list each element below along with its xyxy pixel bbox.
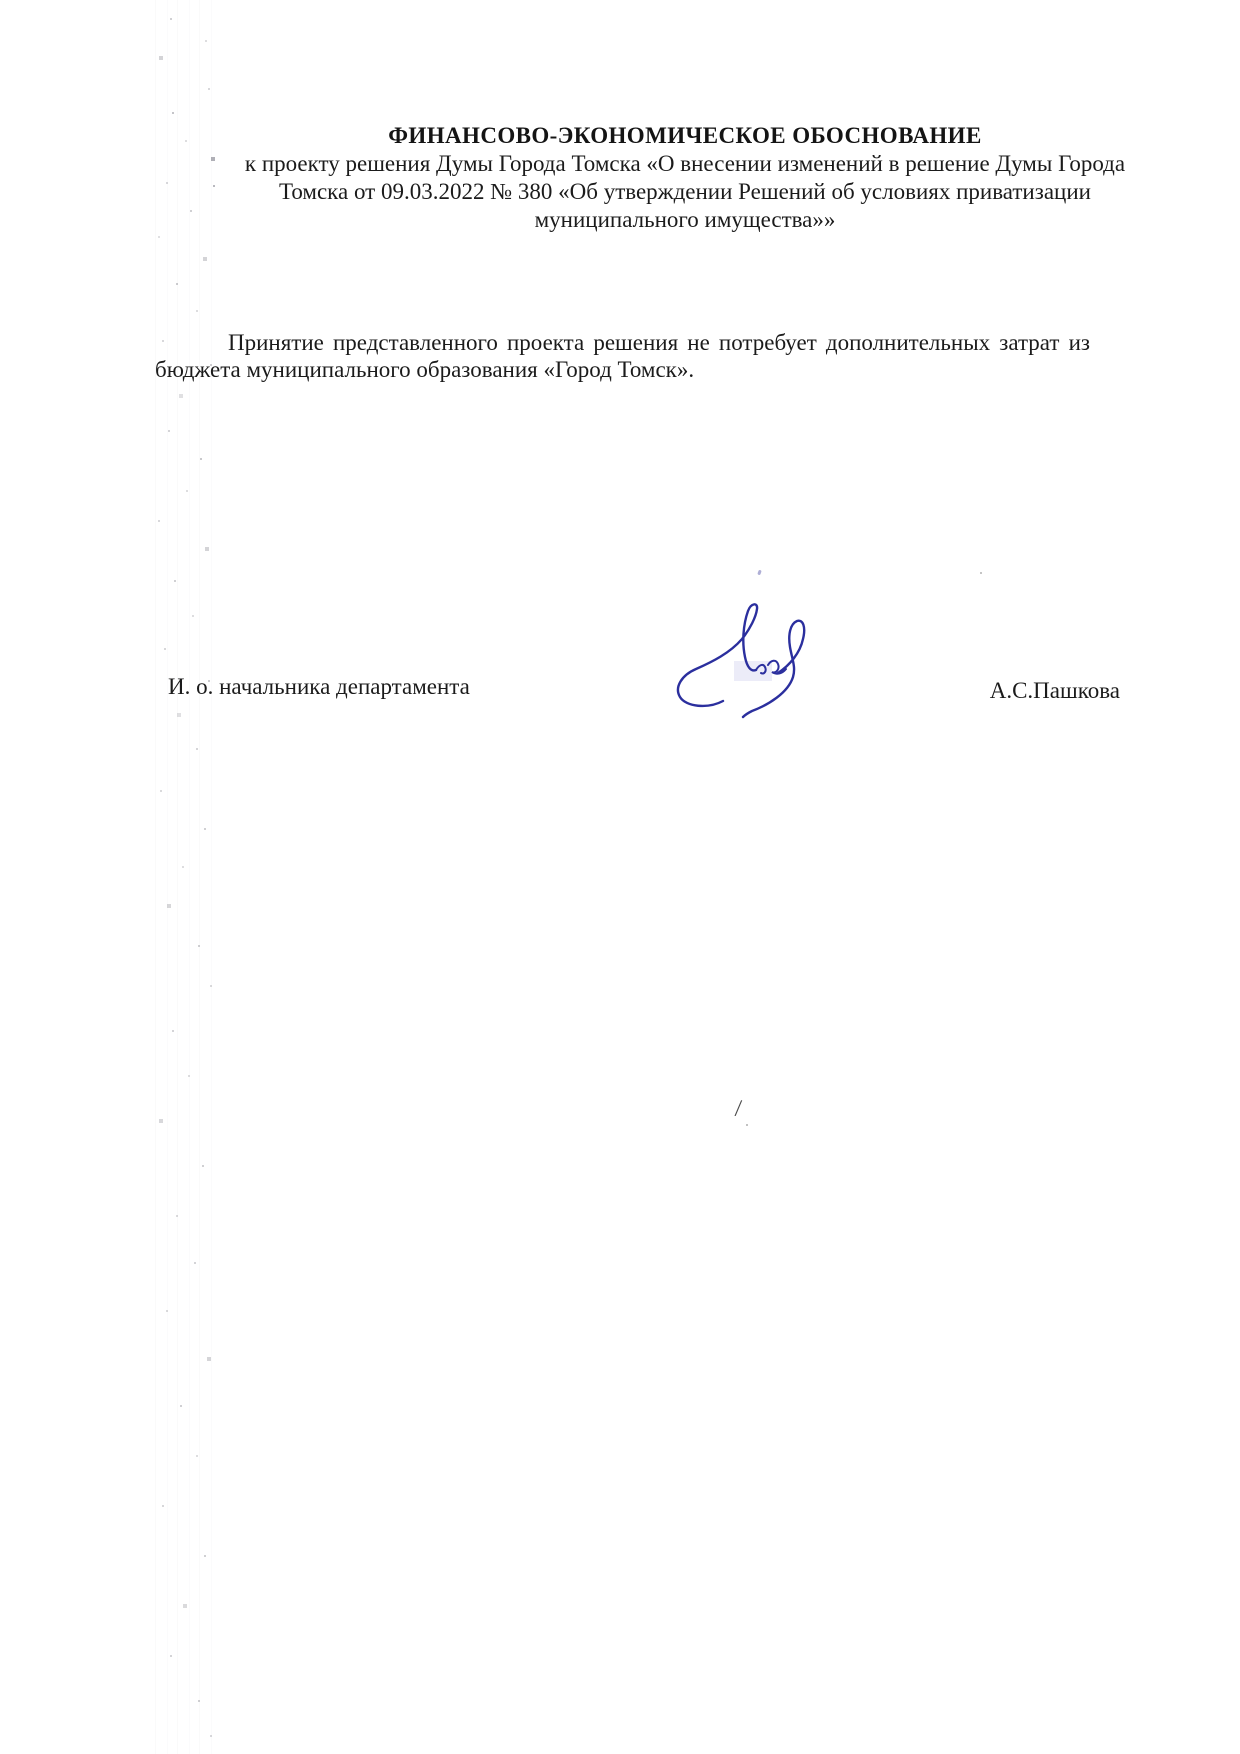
- slash-artifact: /: [734, 1096, 746, 1121]
- document-subtitle-line: муниципального имущества»»: [130, 206, 1240, 234]
- ink-speck: [757, 570, 762, 576]
- document-title: ФИНАНСОВО-ЭКОНОМИЧЕСКОЕ ОБОСНОВАНИЕ: [130, 122, 1240, 150]
- body-paragraph: Принятие представленного проекта решения…: [155, 329, 1090, 383]
- document-header: ФИНАНСОВО-ЭКОНОМИЧЕСКОЕ ОБОСНОВАНИЕ к пр…: [130, 122, 1240, 234]
- signer-name: А.С.Пашкова: [990, 678, 1120, 704]
- scan-noise-band: [146, 0, 220, 1754]
- paragraph-line: Принятие представленного проекта решения…: [155, 329, 1090, 356]
- scan-speck: [746, 1124, 748, 1126]
- position-label: И. о. начальника департамента: [168, 674, 470, 700]
- paragraph-line: бюджета муниципального образования «Горо…: [155, 356, 1090, 383]
- scan-speck: [980, 572, 982, 574]
- scan-noise-speckles: [0, 0, 2, 2]
- document-subtitle-line: к проекту решения Думы Города Томска «О …: [130, 150, 1240, 178]
- document-subtitle-line: Томска от 09.03.2022 № 380 «Об утвержден…: [130, 178, 1240, 206]
- signoff-row: И. о. начальника департамента А.С.Пашков…: [0, 668, 1240, 808]
- scanned-document-page: ФИНАНСОВО-ЭКОНОМИЧЕСКОЕ ОБОСНОВАНИЕ к пр…: [0, 0, 1240, 1754]
